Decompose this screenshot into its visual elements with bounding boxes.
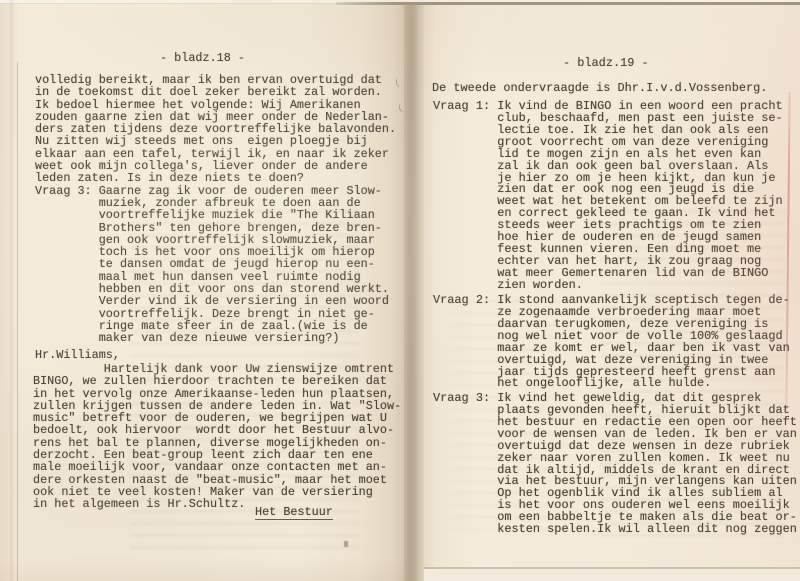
page-19-vraag-1: Vraag 1: Ik vind de BINGO in een woord e… <box>433 101 783 292</box>
page-18-body-reply: Hartelijk dank voor Uw zienswijze omtren… <box>33 363 401 511</box>
page-19-header: - bladz.19 - <box>563 58 649 70</box>
booklet-scan: - bladz.18 - volledig bereikt, maar ik b… <box>0 0 800 581</box>
left-margin-line <box>17 62 18 581</box>
booklet-spine <box>404 0 426 581</box>
page-18-body-main: volledig bereikt, maar ik ben ervan over… <box>35 74 396 345</box>
page-left-fold-crease <box>10 0 16 581</box>
page-19-vraag-2: Vraag 2: Ik stond aanvankelijk sceptisch… <box>433 295 790 390</box>
scan-bottom-strip <box>424 569 800 581</box>
page-18-header: - bladz.18 - <box>160 52 245 64</box>
page-18-signature: Het Bestuur <box>255 506 333 520</box>
page-bottom-shadow <box>0 556 406 581</box>
page-18-salutation: Hr.Williams, <box>35 349 120 361</box>
page-19-intro-line: De tweede ondervraagde is Dhr.I.v.d.Voss… <box>432 83 767 95</box>
page-19-vraag-3: Vraag 3: Ik vind het geweldig, dat dit g… <box>433 393 797 536</box>
page-edge-top-line <box>336 2 800 5</box>
